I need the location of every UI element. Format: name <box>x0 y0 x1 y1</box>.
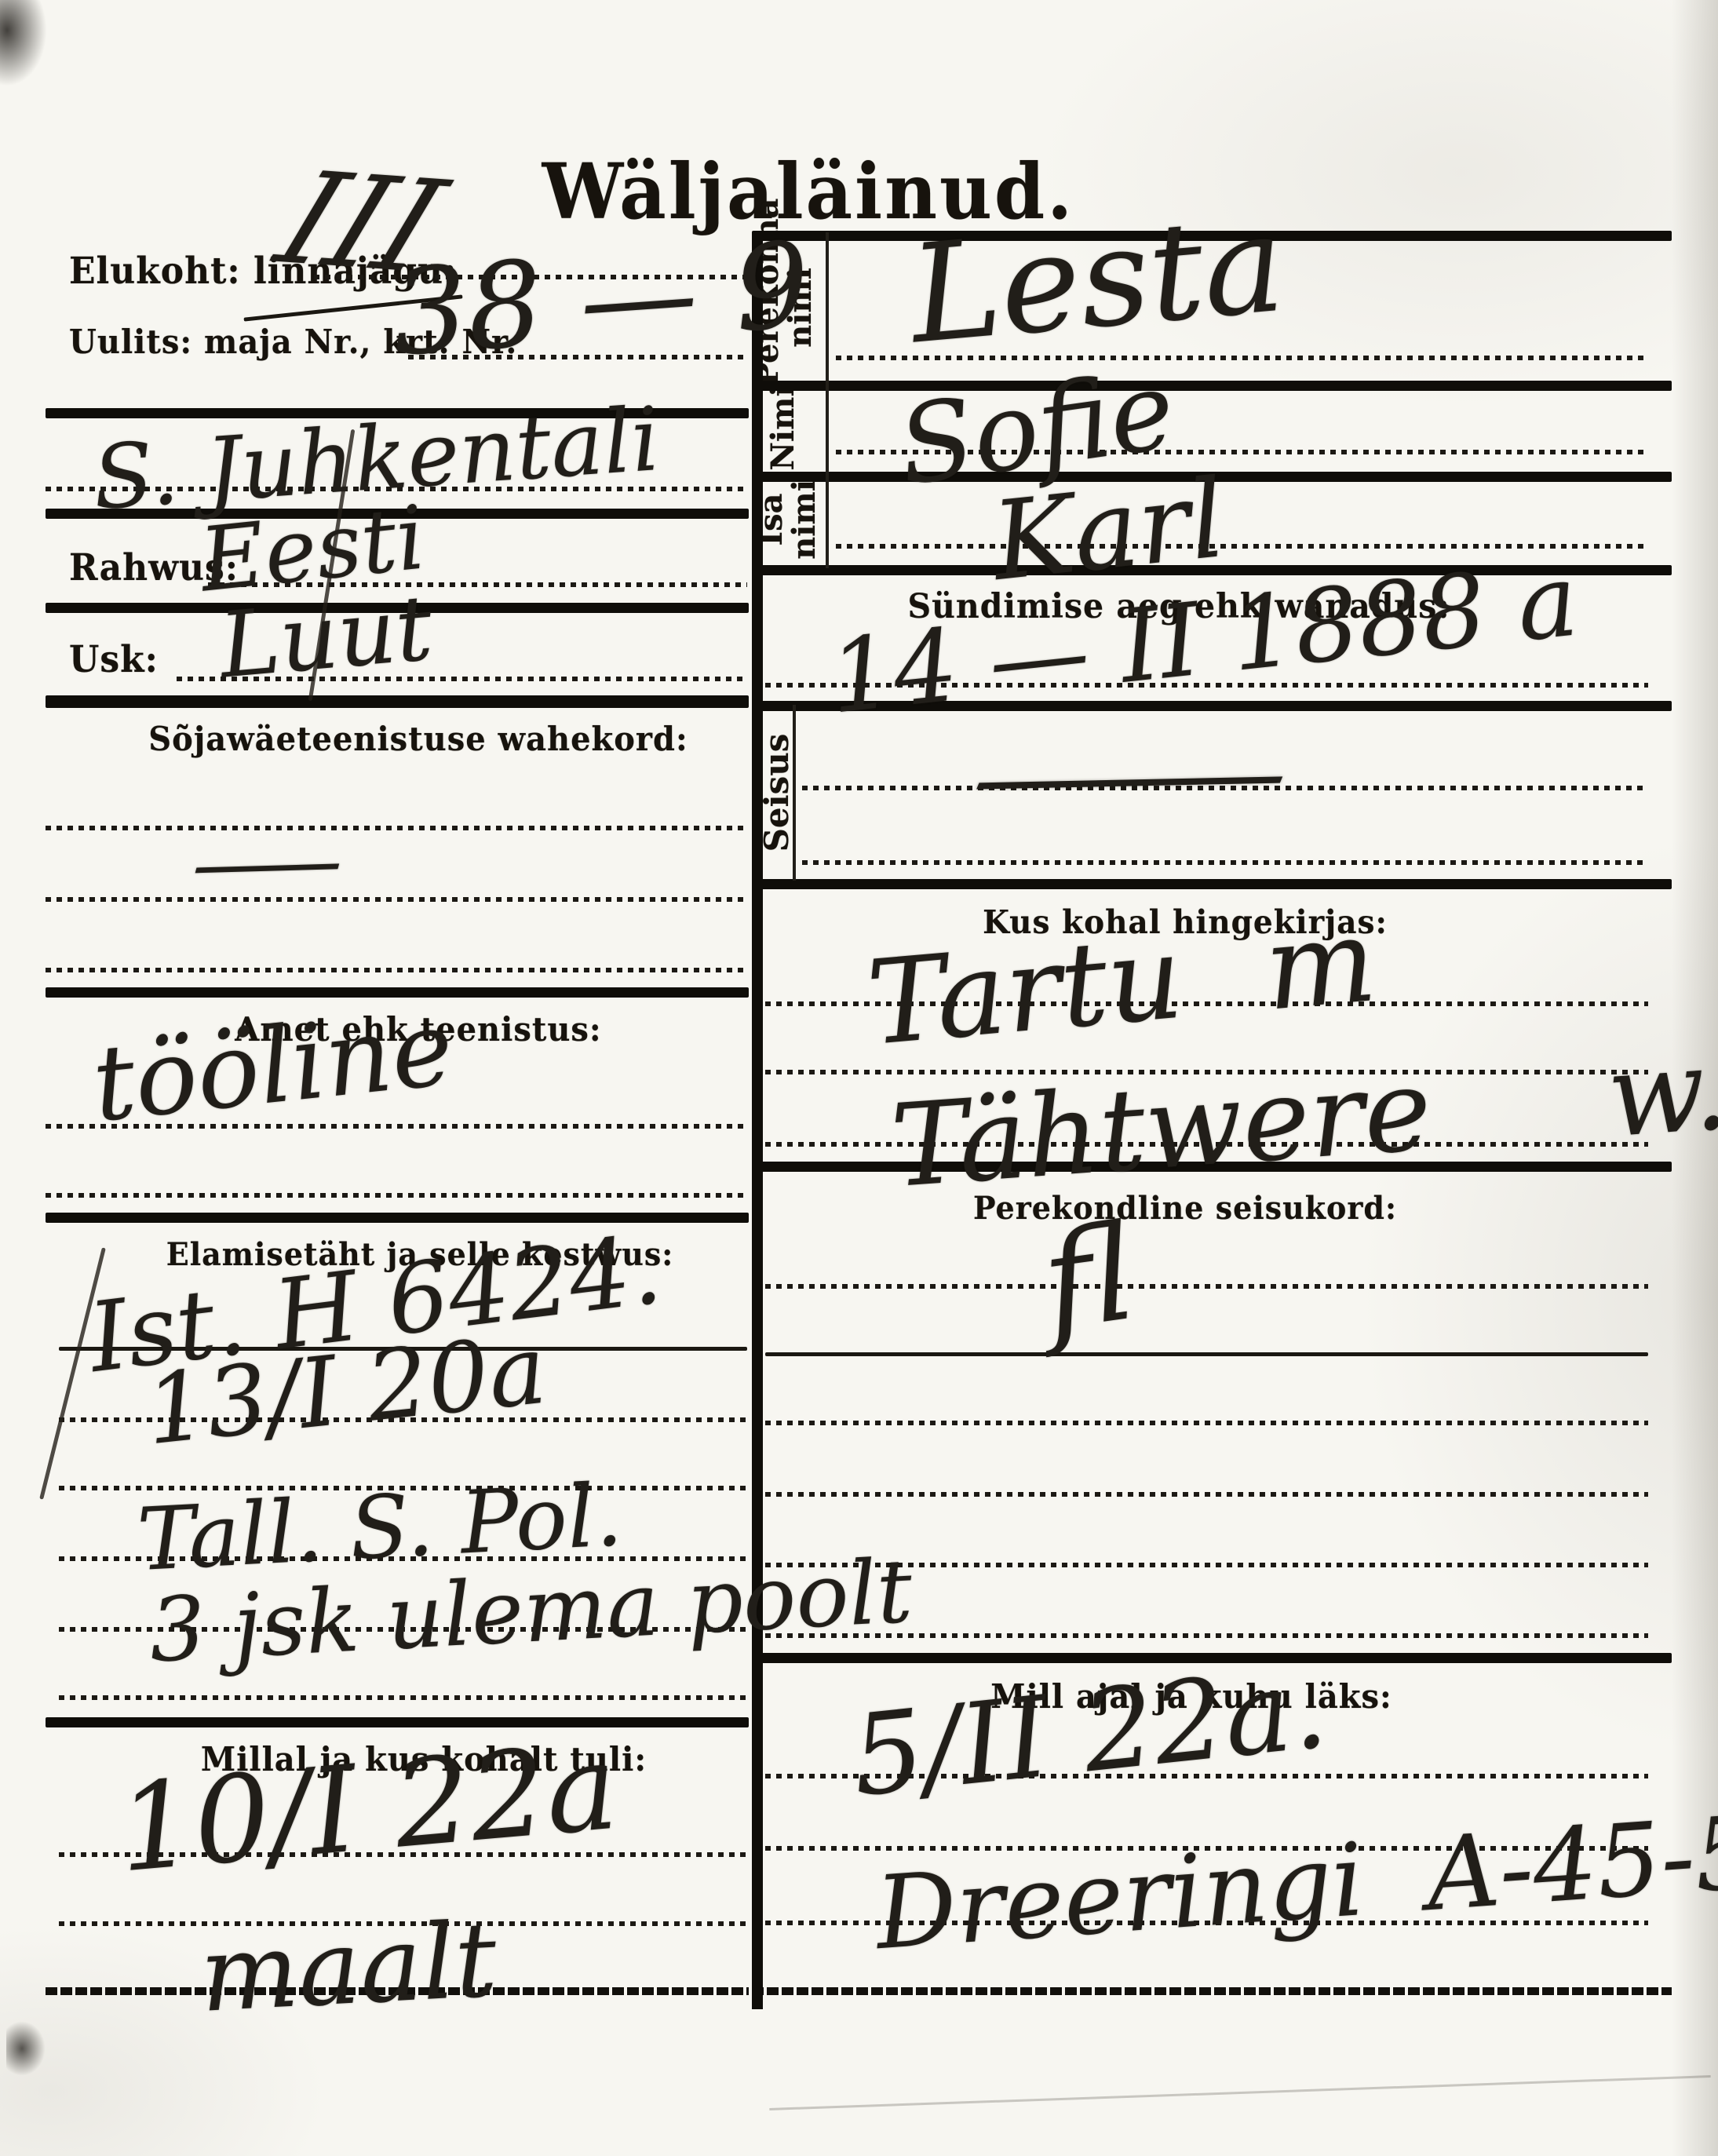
religion-handwritten: Luut <box>216 575 436 699</box>
arrival-date-handwritten: 10/I 22a <box>112 1717 622 1899</box>
section-divider <box>46 1717 749 1727</box>
status-handwritten: — <box>948 715 1308 835</box>
scanned-registration-card-page: { "document": { "title": "Wäljaläinud.",… <box>0 0 1718 2156</box>
first-name-label: Nimi <box>767 381 814 475</box>
scan-scratch-bottom <box>769 2075 1710 2110</box>
section-divider <box>752 879 1672 889</box>
departure-date-handwritten: 5/II 22a. <box>846 1643 1333 1822</box>
section-divider <box>752 381 1672 391</box>
rule-line <box>765 1421 1648 1425</box>
rule-line <box>46 897 749 902</box>
military-service-handwritten: — <box>184 812 349 912</box>
father-name-label-line2: nimi <box>786 480 823 560</box>
card-bottom-edge <box>752 1987 1672 1995</box>
rule-line <box>46 826 749 830</box>
register-town-handwritten: Tartu m <box>863 892 1381 1071</box>
rule-line <box>802 860 1648 865</box>
rule-line <box>765 1284 1648 1289</box>
house-number-handwritten: 38 — 9 <box>388 217 815 383</box>
column-divider <box>752 232 763 2009</box>
scan-smudge-top-left <box>0 0 47 86</box>
registration-card: Wäljaläinud. III Elukoht: linnajägu: Uul… <box>0 0 1718 2156</box>
rule-line <box>46 968 749 972</box>
family-name-handwritten: Lesta <box>904 184 1290 374</box>
departure-place-handwritten: Dreeringi A-45-5 <box>872 1794 1718 1972</box>
father-name-label: Isa nimi <box>755 472 826 567</box>
label-cell-divider <box>793 705 796 881</box>
military-service-header: Sõjawäeteenistuse wahekord: <box>148 720 688 759</box>
section-divider <box>46 695 749 708</box>
rule-line-solid <box>765 1352 1648 1356</box>
rule-line <box>765 1492 1648 1497</box>
religion-label: Usk: <box>69 638 159 680</box>
rule-line <box>59 1695 747 1700</box>
scan-smudge-bottom-left <box>6 2021 46 2076</box>
label-cell-divider <box>826 232 829 568</box>
occupation-handwritten: tööline <box>87 987 458 1145</box>
arrival-place-handwritten: maalt <box>197 1899 499 2036</box>
status-label: Seisus <box>760 714 815 871</box>
rule-line <box>46 1193 749 1198</box>
